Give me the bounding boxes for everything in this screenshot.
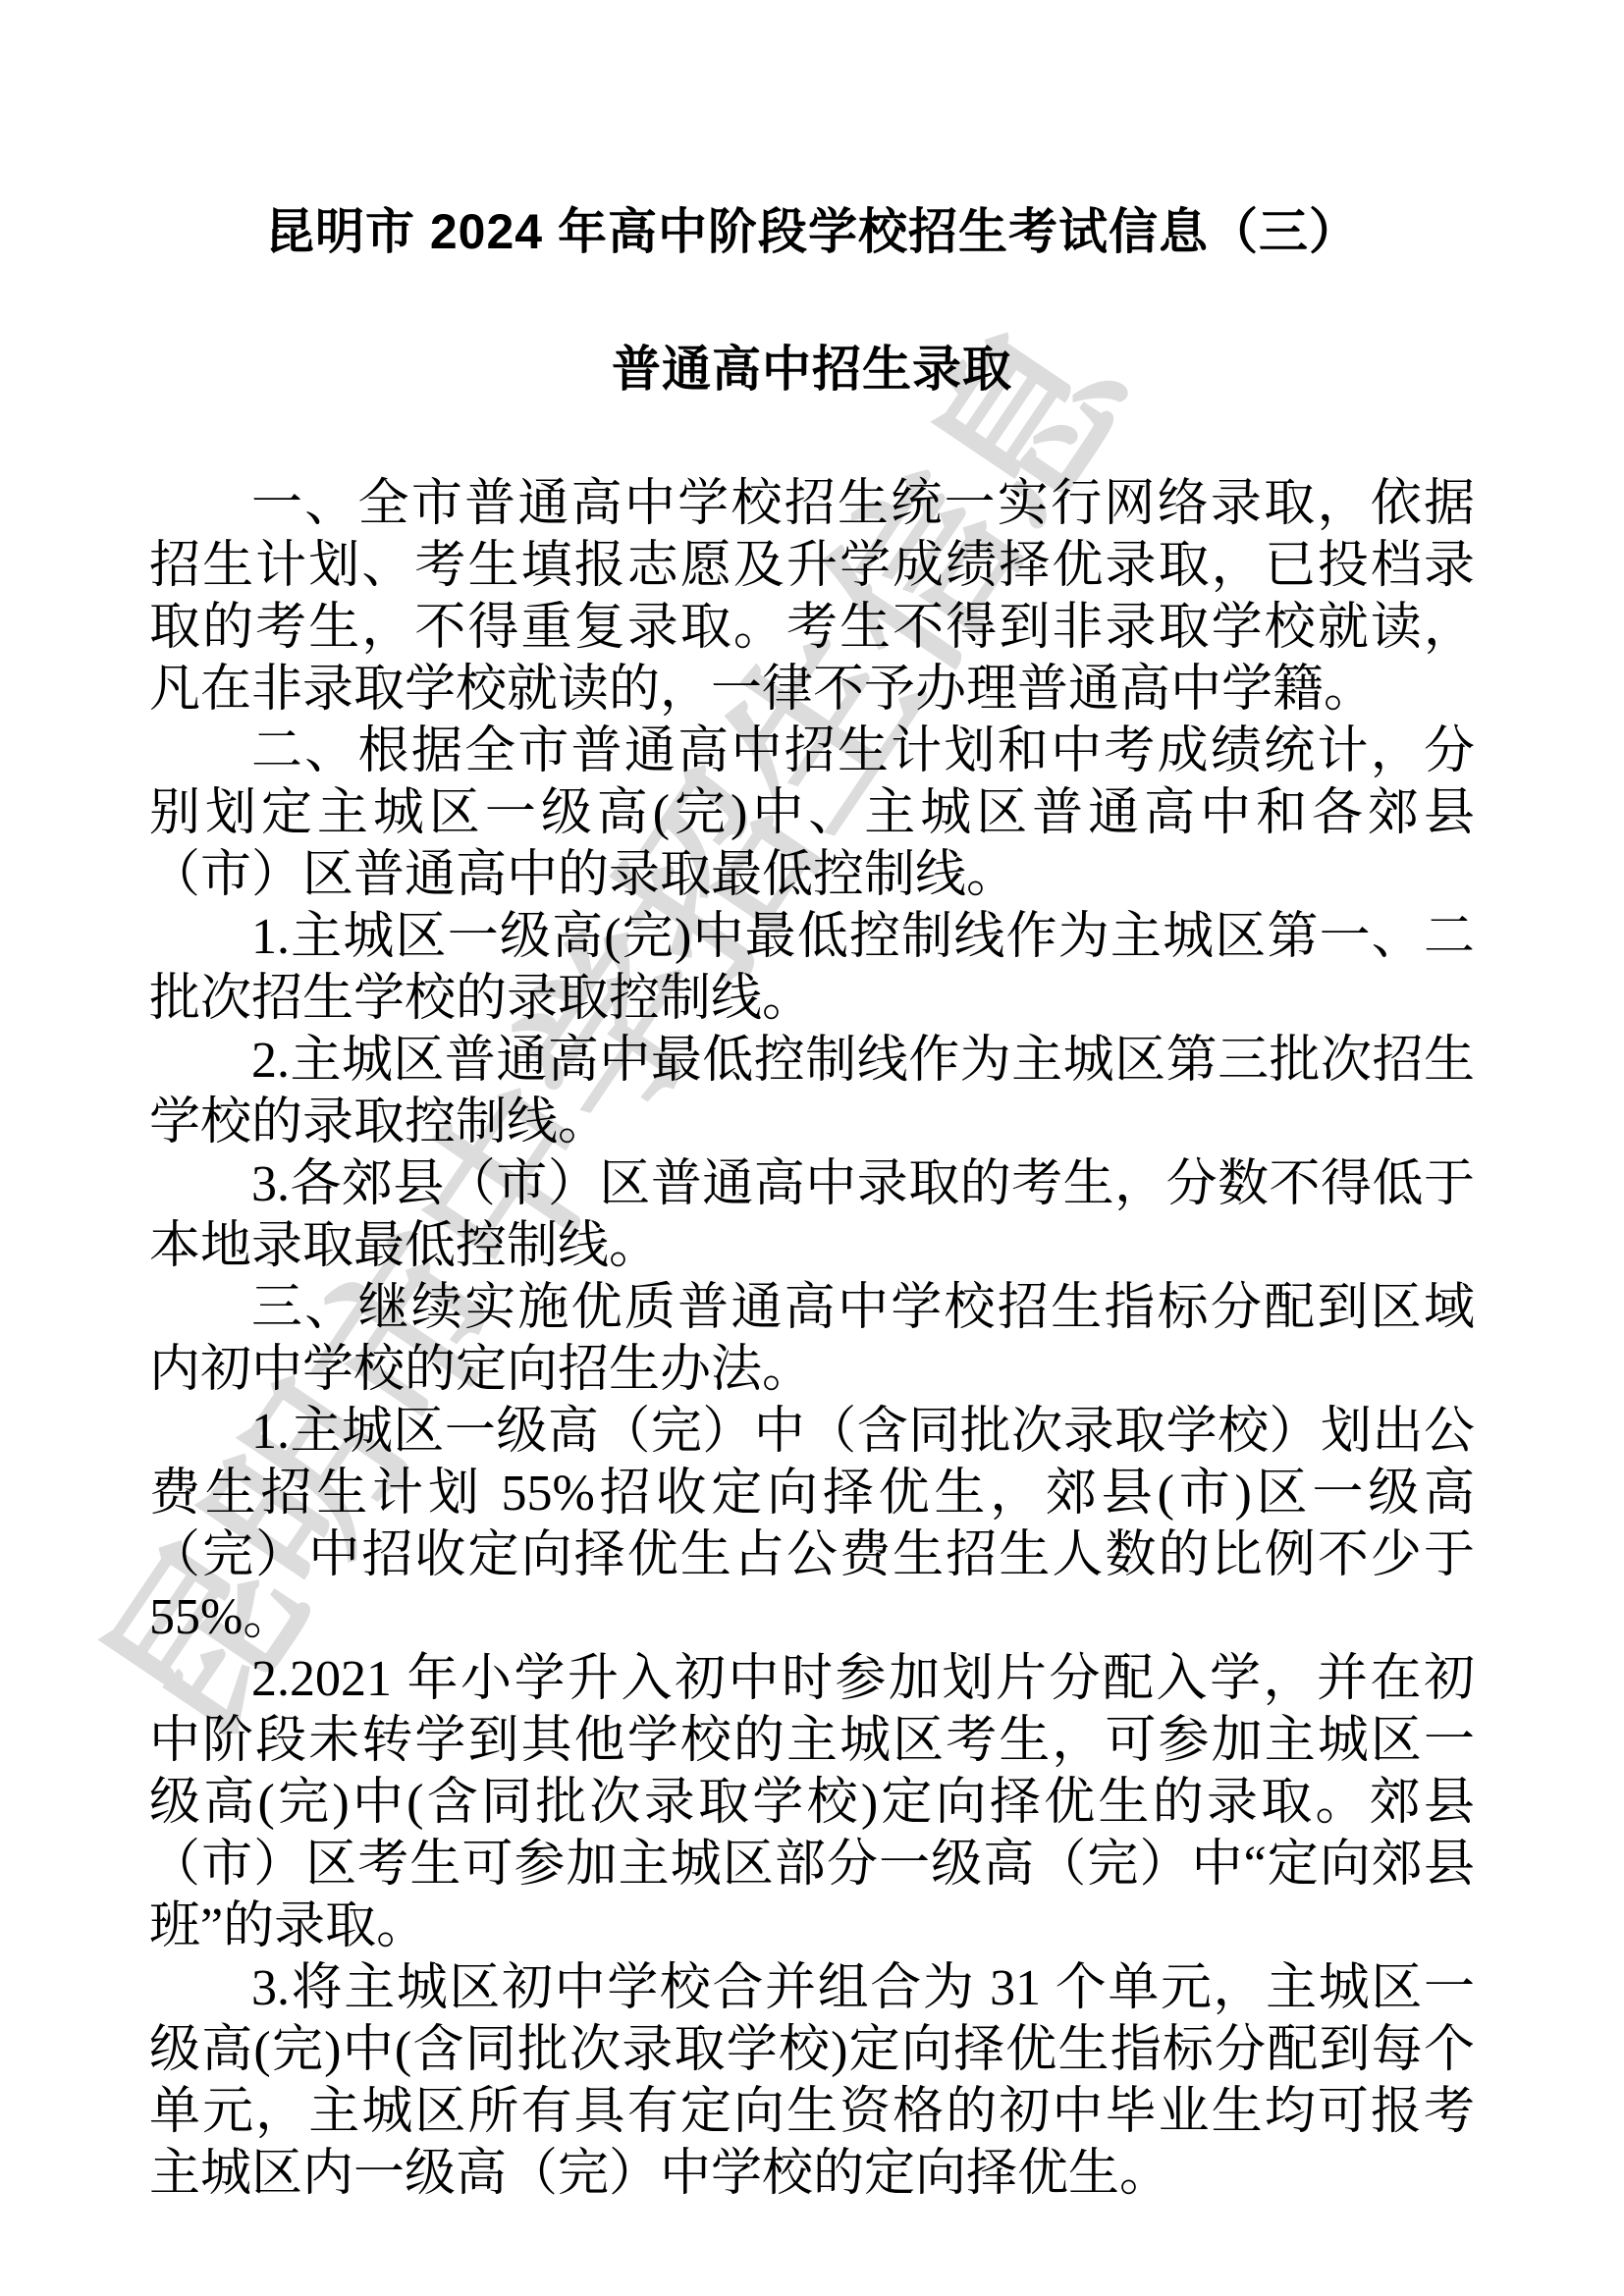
- paragraph: 3.将主城区初中学校合并组合为 31 个单元，主城区一级高(完)中(含同批次录取…: [149, 1957, 1475, 2205]
- document-title: 昆明市 2024 年高中阶段学校招生考试信息（三）: [149, 201, 1475, 262]
- paragraph: 1.主城区一级高（完）中（含同批次录取学校）划出公费生招生计划 55%招收定向择…: [149, 1401, 1475, 1648]
- paragraph: 2.主城区普通高中最低控制线作为主城区第三批次招生学校的录取控制线。: [149, 1030, 1475, 1153]
- document-content: 昆明市 2024 年高中阶段学校招生考试信息（三） 普通高中招生录取 一、全市普…: [149, 201, 1475, 2205]
- paragraph: 2.2021 年小学升入初中时参加划片分配入学，并在初中阶段未转学到其他学校的主…: [149, 1648, 1475, 1957]
- paragraph: 3.各郊县（市）区普通高中录取的考生，分数不得低于本地录取最低控制线。: [149, 1153, 1475, 1277]
- document-body: 一、全市普通高中学校招生统一实行网络录取，依据招生计划、考生填报志愿及升学成绩择…: [149, 473, 1475, 2205]
- paragraph: 一、全市普通高中学校招生统一实行网络录取，依据招生计划、考生填报志愿及升学成绩择…: [149, 473, 1475, 721]
- paragraph: 1.主城区一级高(完)中最低控制线作为主城区第一、二批次招生学校的录取控制线。: [149, 906, 1475, 1030]
- document-page: 昆明市中学招生信息 昆明市 2024 年高中阶段学校招生考试信息（三） 普通高中…: [0, 0, 1624, 2296]
- paragraph: 三、继续实施优质普通高中学校招生指标分配到区域内初中学校的定向招生办法。: [149, 1277, 1475, 1401]
- document-subtitle: 普通高中招生录取: [149, 343, 1475, 397]
- paragraph: 二、根据全市普通高中招生计划和中考成绩统计，分别划定主城区一级高(完)中、主城区…: [149, 721, 1475, 906]
